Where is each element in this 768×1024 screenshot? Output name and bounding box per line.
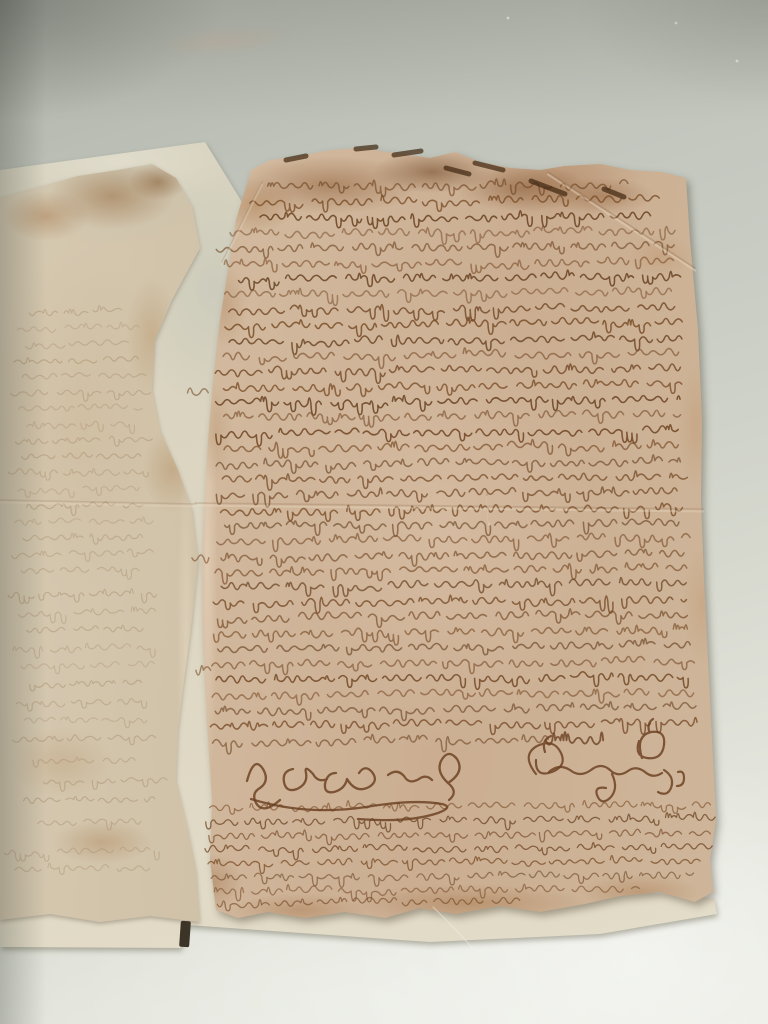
manuscript-main-page	[0, 0, 768, 1024]
main-leaf	[0, 0, 768, 1024]
photo-canvas: { "meta": { "description": "Photograph o…	[0, 0, 768, 1024]
dark-paper-notch	[179, 921, 191, 948]
